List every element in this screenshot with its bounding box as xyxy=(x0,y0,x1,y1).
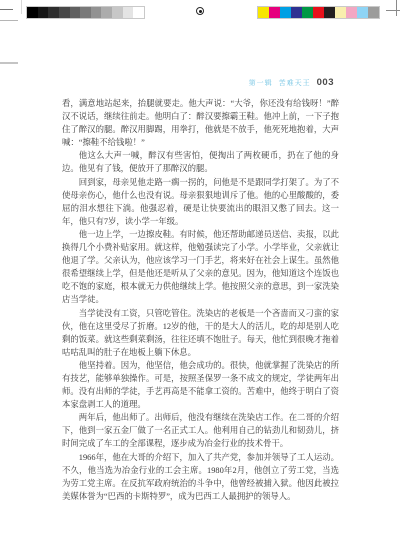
grayscale-swatch xyxy=(133,7,144,18)
section-label: 第一辑 xyxy=(249,78,273,88)
print-sheet: 第一辑 苦难天王 003 看，满意地站起来，抬腿就要走。他大声说：“大爷，你还没… xyxy=(0,0,400,558)
grayscale-swatch xyxy=(101,7,112,18)
grayscale-swatch xyxy=(27,7,38,18)
paragraph: 1966年，他在大哥的介绍下，加入了共产党，参加并领导了工人运动。不久，他当选为… xyxy=(62,451,339,503)
color-swatch xyxy=(302,7,313,18)
color-swatch xyxy=(335,7,346,18)
registration-dot xyxy=(199,10,202,13)
trim-mark xyxy=(396,0,397,16)
running-head: 第一辑 苦难天王 003 xyxy=(249,77,334,88)
grayscale-swatch xyxy=(48,7,59,18)
trim-mark xyxy=(0,20,18,21)
color-swatch xyxy=(280,7,291,18)
color-swatch xyxy=(368,7,379,18)
color-swatch xyxy=(291,7,302,18)
color-swatch xyxy=(346,7,357,18)
color-calibration-bar xyxy=(257,6,380,19)
grayscale-swatch xyxy=(80,7,91,18)
grayscale-swatch xyxy=(59,7,70,18)
trim-mark xyxy=(21,0,22,14)
grayscale-swatch xyxy=(38,7,49,18)
grayscale-swatch xyxy=(91,7,102,18)
color-swatch xyxy=(258,7,269,18)
grayscale-swatch xyxy=(112,7,123,18)
page-number: 003 xyxy=(317,77,334,88)
paragraph: 他坚持着。因为，他坚信，他会成功的。很快，他就掌握了洗染店的所有技艺，能够单独操… xyxy=(62,359,339,411)
paragraph: 两年后，他出师了。出师后，他没有继续在洗染店工作。在二哥的介绍下，他到一家五金厂… xyxy=(62,411,339,450)
body-text: 看，满意地站起来，抬腿就要走。他大声说：“大爷，你还没有给钱呀！”醉汉不说话，继… xyxy=(62,97,339,503)
trim-mark xyxy=(0,9,13,10)
registration-target-icon xyxy=(196,7,204,15)
paragraph: 回到家，母亲见他走路一瘸一拐的，问他是不是跟同学打架了。为了不使母亲伤心，他什么… xyxy=(62,176,339,228)
grayscale-swatch xyxy=(70,7,81,18)
trim-mark xyxy=(386,10,400,11)
chapter-label: 苦难天王 xyxy=(279,78,311,88)
color-swatch xyxy=(313,7,324,18)
paragraph: 他一边上学，一边擦皮鞋。有时候，他还帮助邮递员送信、卖报，以此换得几个小费补贴家… xyxy=(62,228,339,307)
color-swatch xyxy=(357,7,368,18)
grayscale-swatch xyxy=(123,7,134,18)
grayscale-calibration-bar xyxy=(26,6,145,19)
color-swatch xyxy=(269,7,280,18)
paragraph: 看，满意地站起来，抬腿就要走。他大声说：“大爷，你还没有给钱呀！”醉汉不说话，继… xyxy=(62,97,339,149)
paragraph: 他这么大声一喊，醉汉有些害怕，便掏出了两枚硬币，扔在了他的身边。他见有了钱，便放… xyxy=(62,149,339,175)
trim-mark xyxy=(0,62,18,64)
color-swatch xyxy=(324,7,335,18)
paragraph: 当学徒没有工资，只管吃管住。洗染店的老板是一个吝啬而又刁蛮的家伙，他在这里受尽了… xyxy=(62,307,339,359)
